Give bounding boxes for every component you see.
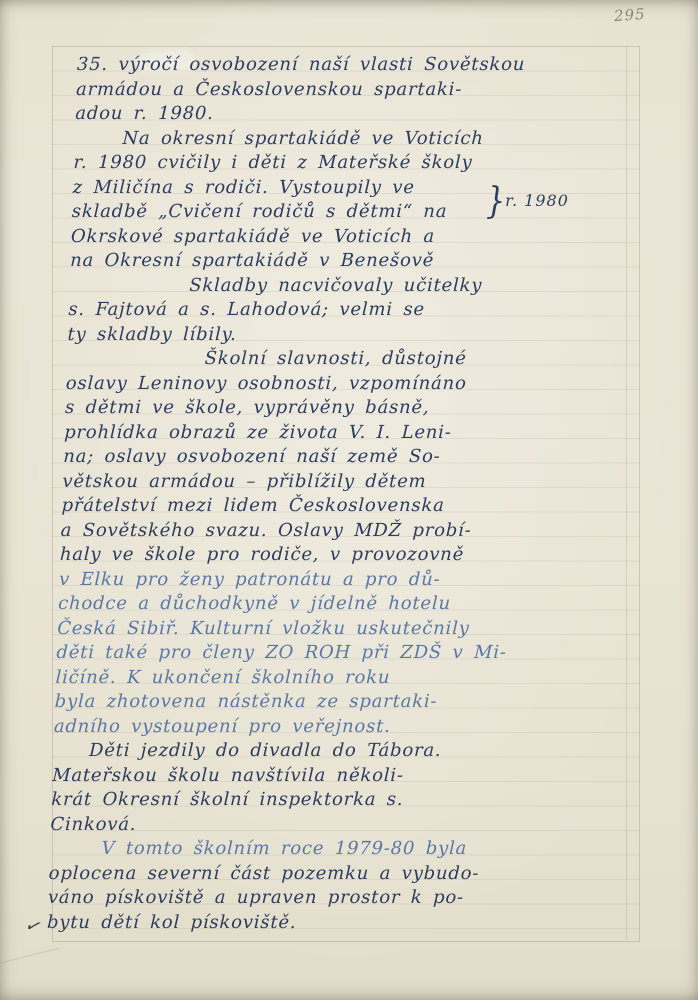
- handwritten-line: ty skladby líbily.: [67, 323, 638, 348]
- handwritten-line: V tomto školním roce 1979-80 byla: [49, 837, 620, 862]
- handwritten-line: Školní slavnosti, důstojné: [66, 347, 637, 372]
- handwritten-line: oplocena severní část pozemku a vybudo-: [48, 862, 619, 887]
- handwritten-line: přátelství mezi lidem Československa: [61, 494, 632, 519]
- page-number: 295: [614, 5, 647, 25]
- handwritten-line: Cinková.: [50, 813, 621, 838]
- handwritten-line: na Okresní spartakiádě v Benešově: [70, 249, 641, 274]
- handwritten-line: armádou a Československou spartaki-: [76, 78, 647, 103]
- handwritten-line: Děti jezdily do divadla do Tábora.: [53, 739, 624, 764]
- handwritten-line: děti také pro členy ZO ROH při ZDŠ v Mi-: [56, 641, 627, 666]
- handwritten-line: Skladby nacvičovaly učitelky: [69, 274, 640, 299]
- handwritten-line: v Elku pro ženy patronátu a pro dů-: [59, 568, 630, 593]
- handwritten-line: s. Fajtová a s. Lahodová; velmi se: [68, 298, 639, 323]
- handwritten-line: bytu dětí kol pískoviště.: [47, 911, 618, 936]
- handwritten-line: a Sovětského svazu. Oslavy MDŽ probí-: [60, 519, 631, 544]
- handwritten-line: adou r. 1980.: [75, 102, 646, 127]
- handwritten-line: Na okresní spartakiádě ve Voticích: [74, 127, 645, 152]
- handwritten-line: krát Okresní školní inspektorka s.: [51, 788, 622, 813]
- handwritten-line: Mateřskou školu navštívila několi-: [52, 764, 623, 789]
- year-annotation-text: r. 1980: [505, 191, 569, 210]
- handwritten-line: adního vystoupení pro veřejnost.: [53, 715, 624, 740]
- handwritten-line: 35. výročí osvobození naší vlasti Sověts…: [77, 53, 648, 78]
- year-brace-annotation: }r. 1980: [486, 184, 569, 219]
- handwritten-line: Česká Sibiř. Kulturní vložku uskutečnily: [57, 617, 628, 642]
- handwritten-line: s dětmi ve škole, vyprávěny básně,: [65, 396, 636, 421]
- handwritten-line: oslavy Leninovy osobnosti, vzpomínáno: [65, 372, 636, 397]
- handwritten-line: haly ve škole pro rodiče, v provozovně: [59, 543, 630, 568]
- handwritten-line: chodce a důchodkyně v jídelně hotelu: [58, 592, 629, 617]
- handwritten-line: r. 1980 cvičily i děti z Mateřské školy: [73, 151, 644, 176]
- brace-glyph: }: [486, 181, 505, 223]
- handwritten-line: na; oslavy osvobození naší země So-: [63, 445, 634, 470]
- handwritten-line: větskou armádou – přiblížily dětem: [62, 470, 633, 495]
- handwritten-line: ličíně. K ukončení školního roku: [55, 666, 626, 691]
- handwritten-line: byla zhotovena nástěnka ze spartaki-: [54, 690, 625, 715]
- handwritten-line: Okrskové spartakiádě ve Voticích a: [71, 225, 642, 250]
- handwritten-line: prohlídka obrazů ze života V. I. Leni-: [64, 421, 635, 446]
- handwritten-line: váno pískoviště a upraven prostor k po-: [47, 886, 618, 911]
